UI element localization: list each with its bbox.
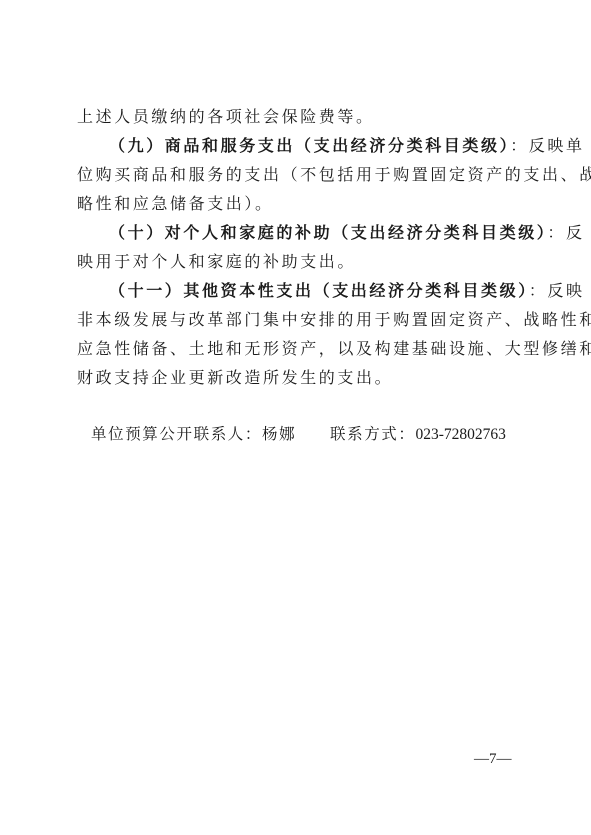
paragraph-line: 上述人员缴纳的各项社会保险费等。 [77, 107, 375, 127]
contact-phone-number: 023-72802763 [416, 426, 506, 443]
section-heading: （十）对个人和家庭的补助（支出经济分类科目类级） [109, 223, 547, 242]
page-number: —7— [474, 749, 512, 769]
paragraph-11-line-1: （十一）其他资本性支出（支出经济分类科目类级）：反映 [109, 281, 585, 301]
paragraph-text: ：反映 [529, 281, 585, 300]
paragraph-line: 位购买商品和服务的支出（不包括用于购置固定资产的支出、战 [77, 165, 591, 185]
paragraph-9-line-1: （九）商品和服务支出（支出经济分类科目类级）：反映单 [109, 136, 585, 156]
contact-person-label: 单位预算公开联系人： [91, 425, 262, 443]
paragraph-text: ：反映单 [510, 136, 584, 155]
section-heading: （九）商品和服务支出（支出经济分类科目类级） [109, 136, 510, 155]
paragraph-line: 应急性储备、土地和无形资产，以及构建基础设施、大型修缮和 [77, 339, 591, 359]
contact-phone: 联系方式：023-72802763 [330, 424, 506, 445]
section-heading: （十一）其他资本性支出（支出经济分类科目类级） [109, 281, 529, 300]
paragraph-line: 非本级发展与改革部门集中安排的用于购置固定资产、战略性和 [77, 310, 591, 330]
contact-phone-label: 联系方式： [330, 425, 416, 443]
contact-person: 单位预算公开联系人：杨娜 [91, 424, 296, 444]
paragraph-line: 略性和应急储备支出）。 [77, 194, 274, 214]
paragraph-line: 财政支持企业更新改造所发生的支出。 [77, 368, 393, 388]
contact-person-name: 杨娜 [262, 425, 296, 443]
paragraph-line: 映用于对个人和家庭的补助支出。 [77, 252, 356, 272]
paragraph-text: ：反 [547, 223, 584, 242]
paragraph-10-line-1: （十）对个人和家庭的补助（支出经济分类科目类级）：反 [109, 223, 585, 243]
